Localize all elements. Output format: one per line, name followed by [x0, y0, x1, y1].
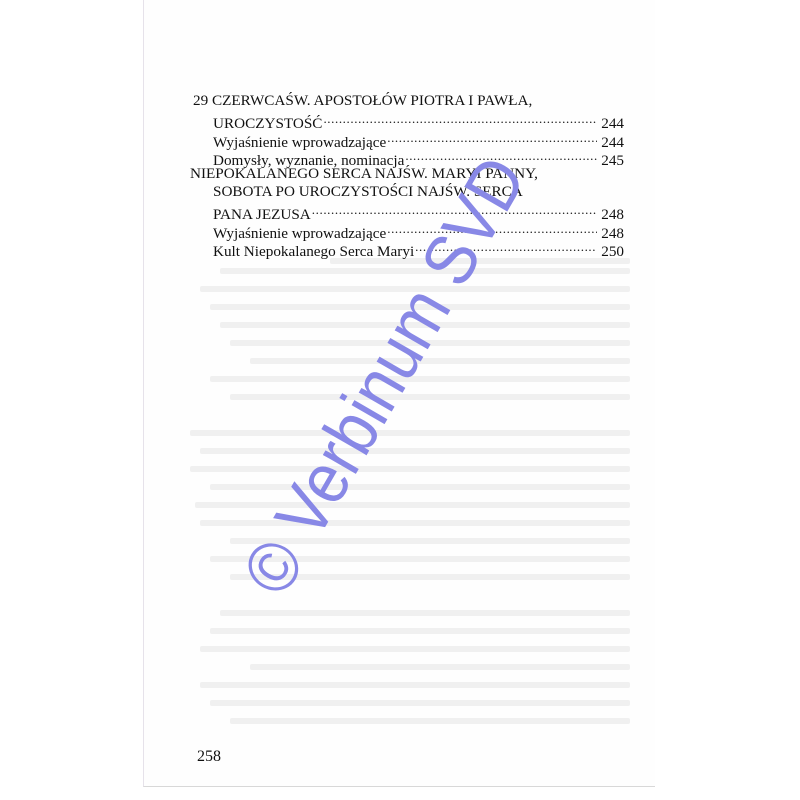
table-of-contents: 29 CZERWCAŚW. APOSTOŁÓW PIOTRA I PAWŁA,U… — [190, 92, 624, 256]
toc-entry-title: Kult Niepokalanego Serca Maryi — [213, 243, 414, 261]
dot-leader — [387, 128, 597, 146]
toc-entry-page: 248 — [600, 206, 624, 224]
toc-entry-title: 29 CZERWCAŚW. APOSTOŁÓW PIOTRA I PAWŁA, — [193, 92, 532, 110]
toc-entry-page: 250 — [600, 243, 624, 261]
toc-entry: UROCZYSTOŚĆ244 — [190, 110, 624, 128]
toc-entry-page: 245 — [600, 152, 624, 170]
toc-entry-title: UROCZYSTOŚĆ — [213, 115, 322, 133]
toc-entry-page: 248 — [600, 225, 624, 243]
toc-entry-title: SOBOTA PO UROCZYSTOŚCI NAJŚW. SERCA — [213, 183, 523, 201]
toc-entry: 29 CZERWCAŚW. APOSTOŁÓW PIOTRA I PAWŁA, — [190, 92, 624, 110]
page-number: 258 — [197, 747, 221, 767]
toc-entry-title: NIEPOKALANEGO SERCA NAJŚW. MARYI PANNY, — [190, 165, 538, 183]
dot-leader — [312, 201, 597, 219]
dot-leader — [405, 147, 597, 165]
dot-leader — [415, 238, 597, 256]
toc-entry-page: 244 — [600, 115, 624, 133]
toc-entry: SOBOTA PO UROCZYSTOŚCI NAJŚW. SERCA — [190, 183, 624, 201]
dot-leader — [323, 110, 597, 128]
toc-entry: PANA JEZUSA248 — [190, 201, 624, 219]
toc-entry-title: Wyjaśnienie wprowadzające — [213, 134, 386, 152]
dot-leader — [387, 219, 597, 237]
toc-entry-title: Wyjaśnienie wprowadzające — [213, 225, 386, 243]
toc-entry: NIEPOKALANEGO SERCA NAJŚW. MARYI PANNY, — [190, 165, 624, 183]
toc-entry-page: 244 — [600, 134, 624, 152]
toc-entry-title: PANA JEZUSA — [213, 206, 311, 224]
